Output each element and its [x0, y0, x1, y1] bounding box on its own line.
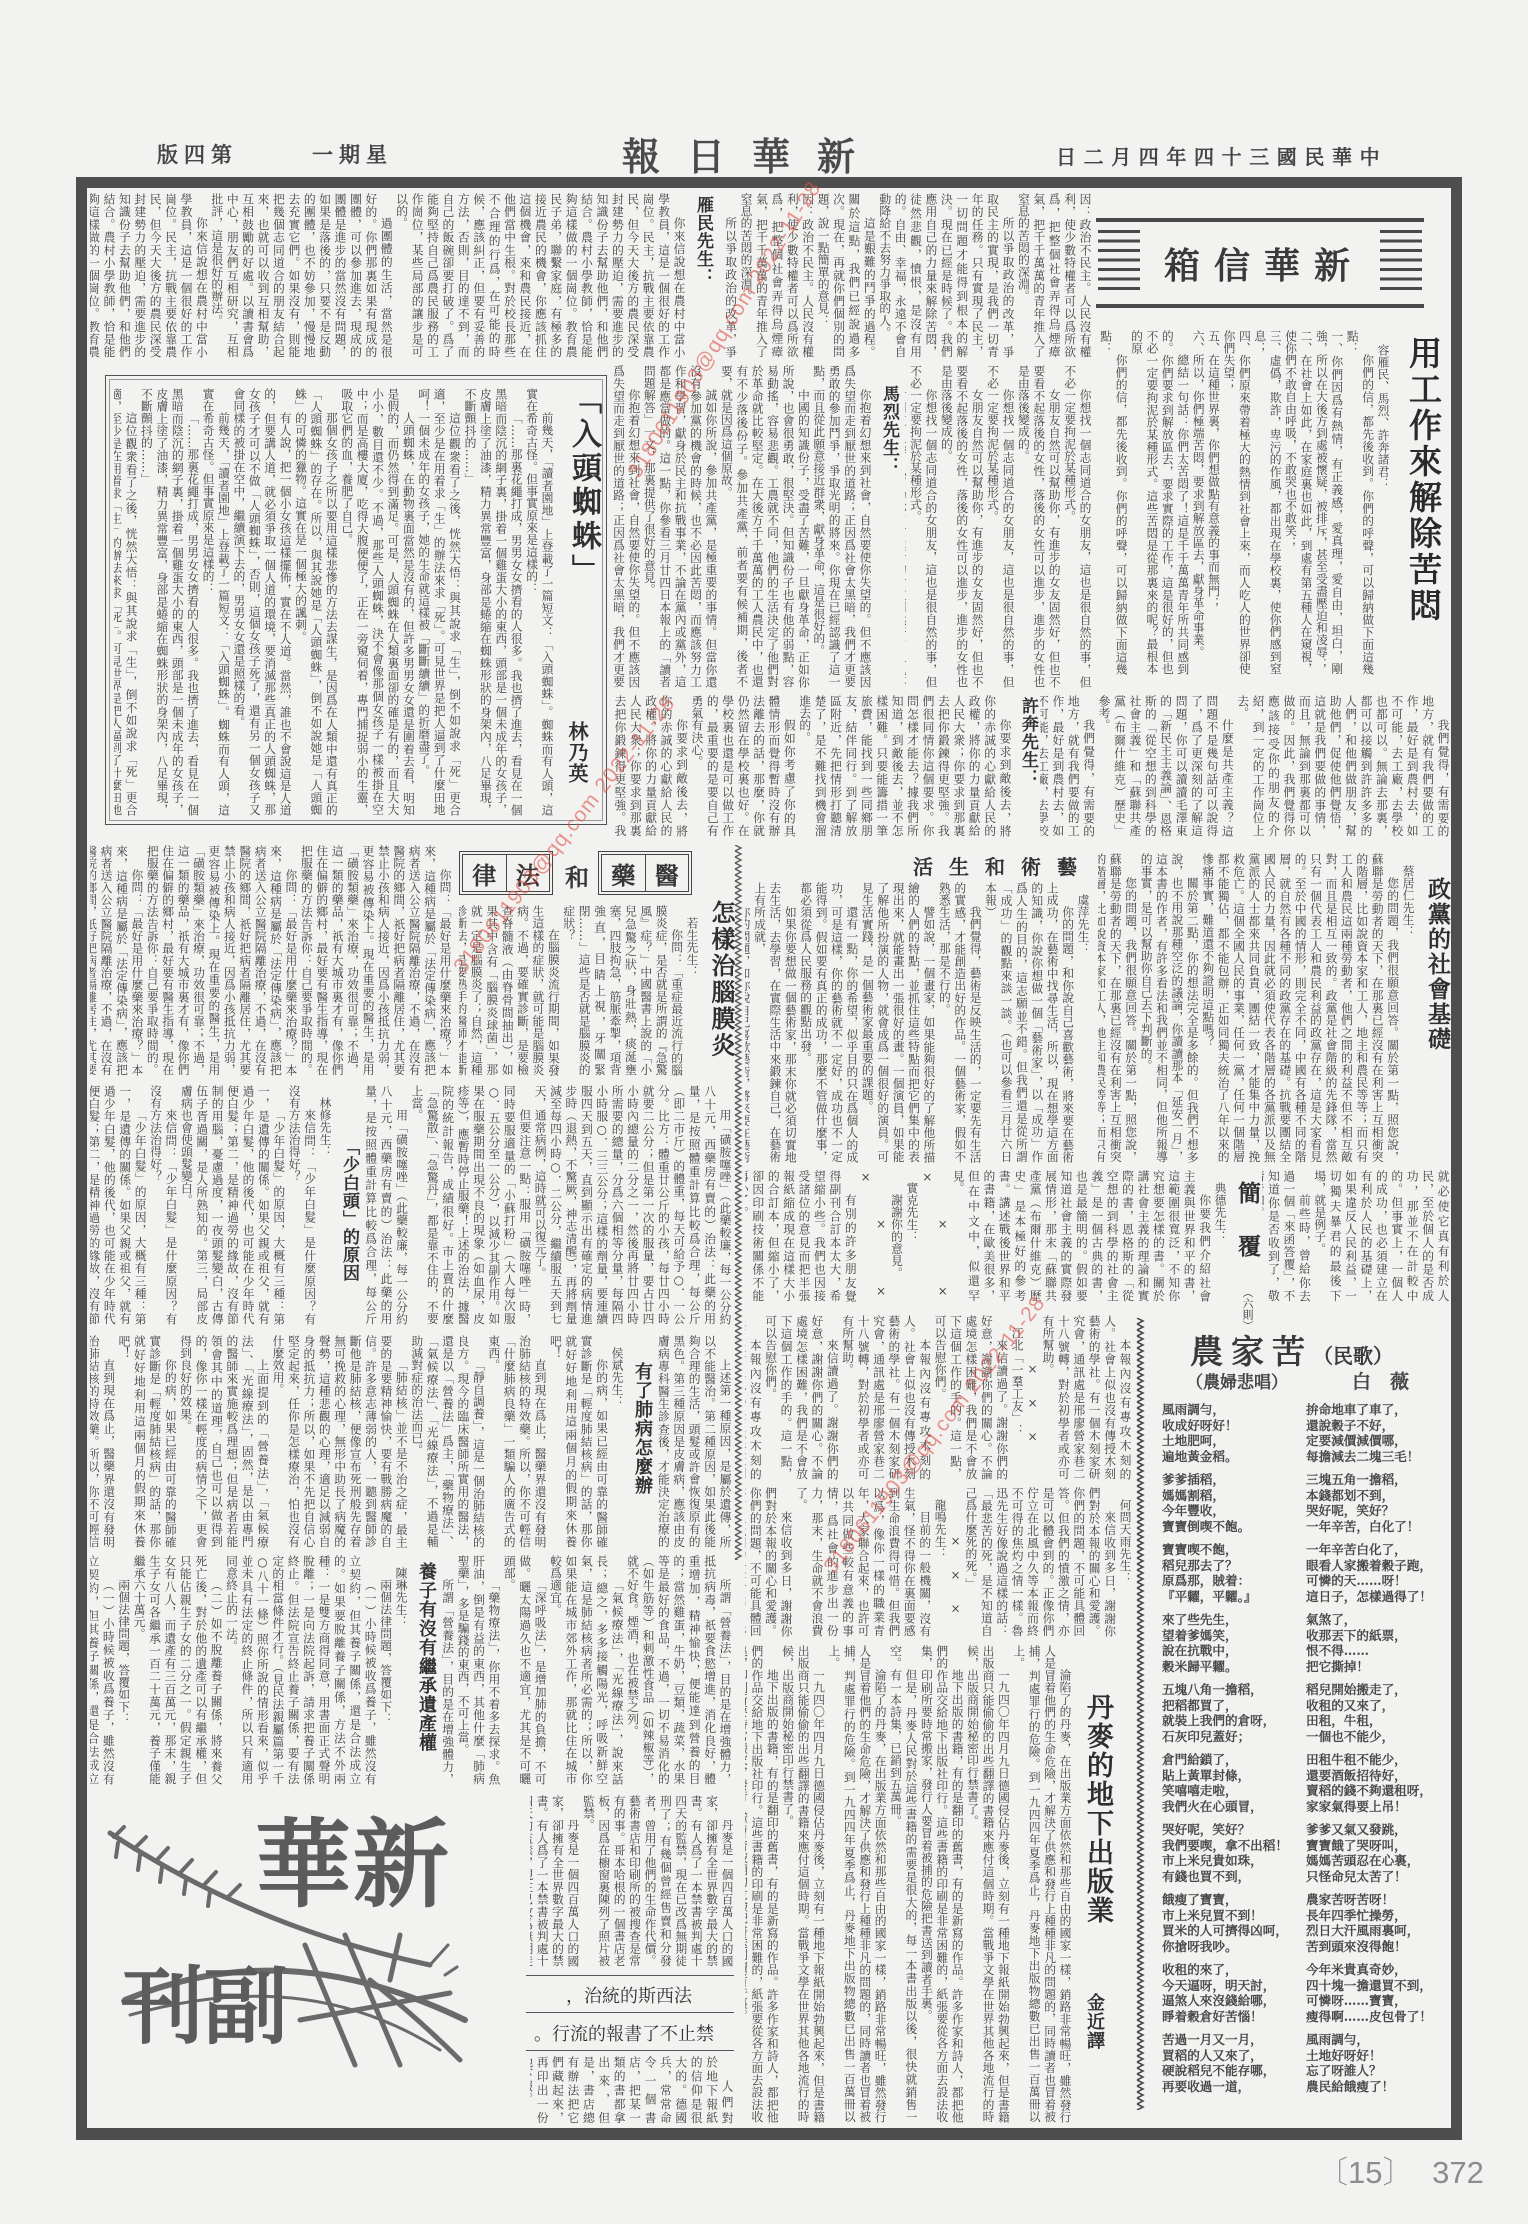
- reply-text: 來信收到多日，謝謝你們對於本報的關心和愛護。你們的問題，不可能具體回答。但我們的…: [963, 1487, 1117, 1637]
- paragraph: 我們覺得，藝術是反映生活的，一定要先有生活的實感，才能創造出好的作品。一個藝術家…: [936, 882, 982, 1163]
- filler-text: 所謂「營養法」，目的是在增強體力，抵抗病毒，祇要食慾增進，消化良好，體重增加，精…: [442, 1555, 455, 1785]
- filler-text: 來信讀過了。謝謝你們的好意，謝謝你們的關心。不論處境怎樣困難，我們是不會放下這個…: [762, 1315, 839, 1480]
- mailbox-point: 五、在這種世界裏，你們想做點有意義的事而無門；: [1205, 330, 1220, 675]
- mailbox-general-advice: 我們覺得，有需要的地方，就有我們要做的工作，最好是到農村去，如不可能，去工廠，去…: [1040, 695, 1450, 837]
- decorative-lines-left: [1098, 230, 1140, 296]
- stanza: 拚命地車了車了， 還說穀子不好， 定要減價減價哪， 每擔減去二塊三毛！: [1306, 1402, 1456, 1464]
- denmark-subhead-2: 禁止不了書報的流行。: [534, 2020, 714, 2046]
- paragraph: 你問：「最好是用什麼藥來治療？」本來，這種病是屬於「法定傳染病」，應該把病者送入…: [298, 845, 452, 1076]
- brief-replies-part2: 本報內沒有專攻木刻的人。社會上似也沒有傳授木刻藝術的學社。有一個木刻家研究會，通…: [745, 1315, 1132, 1480]
- reply-to: 龍鳴先生：: [932, 1487, 947, 1637]
- page-number: 372: [1432, 2155, 1484, 2190]
- reply-heading-malie: 馬烈先生：: [877, 385, 902, 475]
- reply-text: 有別的許多朋友覺得副刊合訂本太大，希望縮小些。我們也因接受諸位的意見而把半張報紙…: [745, 1170, 857, 1302]
- title-char: 和: [565, 858, 589, 893]
- page-footer: 〔15〕 372: [1317, 2147, 1484, 2192]
- filler-text: 你來信說想在農村中當小學教員，這是一個很好的工作崗位。民主，抗戰主要依靠農民，但…: [90, 193, 208, 358]
- salutation: 若生先生：: [684, 905, 699, 1076]
- spider-essay-headline: 「入頭蜘蛛」: [561, 384, 605, 588]
- supplement-logo-line2: 副刊: [120, 1965, 288, 2049]
- paragraph: 什麼是共產主義？這問題不是幾句話可以說得了，爲了更深刻的了解這問題，你可以讀讀毛…: [1096, 695, 1235, 837]
- stanza: 寶寶喫不飽， 稻兒那去了？ 原爲那，賊着： 『平糶，平糶。』: [1162, 1542, 1312, 1604]
- filler-text: 「……那裏花繩打成，男男女女擠看的人很多。我也擠了進去，看見在一個黑暗而陰沉的網…: [138, 388, 200, 816]
- stanza: 風雨調勻， 收成好呀好！ 土地肥呵， 遍地黃金稻。: [1162, 1402, 1312, 1464]
- paragraph: 假如你考慮了你的具體情形而覺得暫時沒有辦法離去的話，那麼，你就仍然留在學校裏也好…: [688, 695, 796, 837]
- paragraph: 那個女孩子之所以要用這樣悲慘的方法去謀生，是因爲在人類中還有真正的「人頭蜘蛛」的…: [292, 388, 338, 816]
- paragraph: 直到現在爲止，醫藥界還沒有發明治肺結核的特效藥。所以，你不可輕信「什麼肺病良藥」…: [485, 1335, 547, 1548]
- paragraph: 有人說，把一個小女孩這樣擺佈，實在不人道。當然，誰也不會說這是人道的，但要講人道…: [230, 388, 292, 816]
- party-basis-headline: 政黨的社會基礎: [1421, 877, 1454, 1052]
- filler-text: 來信收到多日，謝謝你們對於本報的關心和愛護。你們的問題，不可能具體回答。但我們的…: [745, 1487, 793, 1637]
- art-and-life-body: 虞萍先生： 你的問題，和你說自己喜歡藝術，將來要在藝術上成功，在藝術中找尋生活，…: [745, 882, 1090, 1163]
- weekday-label: 星期一: [312, 139, 393, 169]
- mailbox-headline: 用工作來解除苦悶: [1400, 336, 1447, 624]
- meningitis-body-3: 用「磺胺噻唑」（此藥較廉，每一公分約八十元，西藥房有賣的）治法：此藥的用量，是按…: [366, 1085, 732, 1325]
- filler-text: 一九四〇年四月九日德國侵佔丹麥後，立刻有一種地下報紙開始勃興起來，但是書籍出版商…: [779, 1645, 825, 2123]
- volume-reference: 〔15〕: [1317, 2155, 1413, 2190]
- paragraph: 譬如說，一個畫家，如果能夠很好的了解他所描繪的人們的特點，並抓住這些特點而把它們…: [859, 882, 936, 1163]
- poem-right-column: 拚命地車了車了， 還說穀子不好， 定要減價減價哪， 每擔減去二塊三毛！ 三塊五角…: [1306, 1402, 1456, 2102]
- filler-text: 直到現在爲止，醫藥界還沒有發明治肺結核的特效藥。所以，你不可輕信「什麼肺病良藥」…: [90, 1335, 116, 1548]
- reply-yanmin-part1: 你來信說想在農村中當小學教員，這是一個很好的工作崗位。民主，抗戰主要依靠農民，但…: [90, 193, 686, 358]
- reply-heading-yanmin: 雁民先生：: [691, 196, 716, 286]
- filler-text: 兩個法律問題，答覆如下：: [115, 1555, 130, 1785]
- poem-author: 白薇: [1352, 1367, 1428, 1394]
- salutation: 蔡居仁先生：: [1400, 853, 1415, 1163]
- paragraph: 還有一點，你的希望，似乎目的只在爲個人的成功，可是這樣，你的藝術就不一定好，成功…: [797, 882, 859, 1163]
- paragraph: 如果你要想做一個藝術家，那末你就必須切實地去生活，去學習，在實際生活中來鍛鍊自己…: [751, 882, 797, 1163]
- top-rule: [76, 177, 1462, 188]
- mailbox-intro: 你們的信，都先後收到。你們的呼聲，可以歸納做下面這幾點：: [1344, 330, 1375, 675]
- supplement-logo-line1: 新華: [255, 1817, 451, 1913]
- filler-text: 女朋友自然可以幫助你，有進步的女友固然好，但也不要看不起落後的女性，落後的女性可…: [938, 365, 984, 688]
- paragraph: 用「磺胺噻唑」（此藥較廉，每一公分約八十元，西藥房有賣的）治法：此藥的用量，是按…: [532, 1085, 732, 1325]
- paragraph: 所以爭取政治的改革，爭取民主的實現，是我們一切青年的任務。只有實現了民主，一切問…: [876, 193, 1015, 358]
- denmark-subhead-1: 法西斯的統治，: [566, 1982, 692, 2008]
- paragraph: 「……那裏花繩打成，男男女女擠看的人很多。我也擠了進去，看見在一個黑暗而陰沉的網…: [462, 388, 524, 816]
- bottom-rule: [76, 2128, 1462, 2140]
- paragraph: 因：政治不民主。人民沒有權利，使少數特權者可以爲所欲爲，把整個社會弄得烏煙瘴氣，…: [1015, 193, 1092, 358]
- paragraph: 但是，丹麥人民對於這些書籍的需要是很大的，每一本書出版以後，很快就銷售一空。有一…: [887, 1645, 918, 2123]
- paragraph: 人頭蜘蛛，在動物裏面當然是沒有的，但許多男男女女還是圍着去看，明知是假的，而仍然…: [338, 388, 415, 816]
- reply-to: 實克先生：: [903, 1170, 918, 1302]
- denmark-subheads: 法西斯的統治， 禁止不了書報的流行。: [526, 1975, 734, 2051]
- paragraph: （二）如不脫離養子關係，將來養父死亡後，對於他的遺產可以有繼承權，但只能佔親生子…: [131, 1555, 223, 1785]
- paragraph: 你要求到敵後去，將你的赤誠的心獻給人民的政權，將你的力量貢獻給人民大衆；你要求到…: [796, 695, 1012, 837]
- paragraph: 你想找一個志同道合的女朋友，這也是很自然的事，但不必一定要拘泥於某種形式。: [1061, 365, 1092, 688]
- title-char: 藥: [602, 855, 645, 891]
- salutation: 虞萍先生：: [1075, 882, 1090, 1163]
- medicine-box: 藥 醫: [598, 851, 692, 895]
- paragraph: 所謂「營養法」，目的是在增強體力，抵抗病毒，祇要食慾增進，消化良好，體重增加，精…: [624, 1555, 732, 1785]
- reply-text: 本報內沒有專攻木刻的人。社會上似也沒有傳授木刻藝術的學社。有一個木刻家研究會，通…: [1040, 1315, 1132, 1480]
- separator: × × ×: [947, 1487, 962, 1637]
- reply-to: 典德先生：: [1212, 1170, 1227, 1302]
- stanza: 收租的來了， 今天逼呀，明天討， 逼煞人來沒錢給哪， 睜着穀倉好苦惱！: [1162, 1962, 1312, 2024]
- filler-text: 這位觀衆看了之後，恍然大悟：與其說求「生」，倒不如說求「死」更合適，至少是在用着…: [114, 388, 138, 816]
- stanza: 爹爹插稻， 媽媽割稻， 今年豐收， 寶寶倒喫不飽。: [1162, 1472, 1312, 1534]
- filler-text: 你想找一個志同道合的女朋友，這也是很自然的事，但不必一定要拘泥於某種形式。: [907, 365, 938, 688]
- paragraph: 前幾天，「讀者園地」上登載了一篇短文：「入頭蜘蛛」。蜘蛛而有人頭，這實在希奇古怪…: [523, 388, 554, 816]
- paragraph: 我們覺得，有需要的地方，就有我們要做的工作，最好是到農村去，如不可能，去工廠，去…: [1234, 695, 1450, 837]
- title-char: 律: [463, 855, 506, 891]
- paragraph: 一九四〇年四月九日德國侵佔丹麥後，立刻有一種地下報紙開始勃興起來，但是書籍出版商…: [964, 1645, 1010, 2123]
- tuberculosis-headline: 有了肺病怎麼辦: [629, 1362, 655, 1495]
- paragraph: 兩個法律問題，答覆如下：: [377, 1555, 392, 1785]
- title-char: 醫: [645, 855, 689, 891]
- paragraph: 你的問題，和你說自己喜歡藝術，將來要在藝術上成功，在藝術中找尋生活，所以，現在想…: [982, 882, 1074, 1163]
- stanza: 餓瘦了寶寶， 市上米兒買不到！ 買米的人可擠得凶呵， 你搶呀我吵。: [1162, 1892, 1312, 1954]
- reply-malie: 你抱着幻想來到社會，自然要使你失望的。但不應該因爲失望而走到厭世的道路；正因爲社…: [612, 365, 872, 688]
- adoption-headline: 養子有沒有繼承遺產權: [413, 1562, 439, 1752]
- mailbox-salutation: 容雁民、馬烈、許奔諸君：: [1375, 330, 1390, 675]
- paragraph: 過團體的生活，當然是很好的。你們那裏如果有現成的團體，可以參加進去，現成的團體是…: [208, 193, 393, 358]
- mailbox-column-header: 新華信箱: [1096, 218, 1424, 308]
- art-and-life-headline: 藝術和生活: [913, 851, 1093, 880]
- paragraph: 地下出版的書籍，有的是翻印的舊書，有的是新寫的作品。許多作家和詩人，都把他們的作…: [918, 1645, 964, 2123]
- salutation: 陳琳先生：: [393, 1555, 408, 1785]
- adoption-body: 陳琳先生： 兩個法律問題，答覆如下： （一）小時候被收爲養子，雖然沒有立契約，但…: [90, 1555, 408, 1785]
- denmark-headline: 丹麥的地下出版業: [1078, 1693, 1117, 1925]
- filler-text: 你的病，如果已經由可靠的醫師確實診斷是「輕度肺結核病」的話，那你就好好地利用這兩…: [116, 1335, 178, 1548]
- paragraph: 你抱着幻想來到社會，自然要使你失望的。但不應該因爲失望而走到厭世的道路；正因爲社…: [810, 365, 872, 688]
- filler-text: 用「磺胺噻唑」（此藥較廉，每一公分約八十元，西藥房有賣的）治法：此藥的用量，是按…: [366, 1085, 408, 1325]
- tuberculosis-body-1: 侯斌先生： 你的病，如果已經由可靠的醫師確實診斷是「輕度肺結核病」的話，那你就好…: [90, 1335, 624, 1548]
- filler-text: 地下出版的書籍，有的是翻印的舊書，有的是新寫的作品。許多作家和詩人，都把他們的作…: [745, 1645, 779, 2123]
- issue-date: 中華民國三十四年四月二日: [1056, 141, 1387, 170]
- filler-text: 前幾天，「讀者園地」上登載了一篇短文：「入頭蜘蛛」。蜘蛛而有人頭，這實在希奇古怪…: [200, 388, 231, 816]
- mailbox-point: 一、你們因爲有熱情，有正義感，愛真理，愛自由，坦白，剛強，所以在大後方到處被懷疑…: [1313, 330, 1344, 675]
- paragraph: 「藥物療法」，你用不着多去探求。魚肝油，倒是有益的東西，其他什麼「肺病聖藥」，多…: [455, 1555, 501, 1785]
- filler-text: 你想找一個志同道合的女朋友，這也是很自然的事，但不必一定要拘泥於某種形式。: [984, 365, 1015, 688]
- filler-text: 本報內沒有專攻木刻的人。社會上似也沒有傳授木刻藝術的學社。有一個木刻家研究會，通…: [745, 1315, 762, 1480]
- filler-text: 女朋友自然可以幫助你，有進步的女友固然好，但也不要看不起落後的女性，落後的女性可…: [905, 365, 907, 688]
- filler-text: 您的問題，我們很願意回答。關於第一點，照您說，蘇聯是勞動者的天下，在那裏已經沒有…: [1098, 853, 1138, 1163]
- paragraph: 女朋友自然可以幫助你，有進步的女友固然好，但也不要看不起落後的女性，落後的女性可…: [1015, 365, 1061, 688]
- stanza: 三塊五角一擔稻， 本錢都划不到， 哭好呢，笑好？ 一年辛苦，白化了！: [1306, 1472, 1456, 1534]
- meningitis-body-2: 你問：「最好是用什麼藥來治療？」本來，這種病是屬於「法定傳染病」，應該把病者送入…: [90, 845, 452, 1076]
- separator: × × ×: [857, 1170, 888, 1302]
- paragraph: 你問：「重症最近流行的腦膜炎症，是否就是所謂的『急驚風』症？」中國醫書上說的「小…: [560, 905, 683, 1076]
- brief-replies-part1: 典德先生： 你要我們介紹社會主義與世界和平的書，這範圍很寬泛，不知你究想要怎樣的…: [745, 1170, 1227, 1302]
- paragraph: 「肺結核」並不是不治之症，最主要的是要精神愉快，要有戰勝病魔的自信。許多意志薄弱…: [270, 1335, 409, 1548]
- denmark-body: 淪陷了的丹麥，在出版業方面依然和那些自由的國家一樣，銷路非常暢旺，雖然發行人是冒…: [745, 1645, 1072, 2123]
- left-border: [76, 177, 87, 2140]
- filler-text: 你的問題，和你說自己喜歡藝術，將來要在藝術上成功，在藝術中找尋生活，所以，現在想…: [745, 882, 751, 1163]
- paragraph: 您的問題，我們很願意回答。關於第一點，照您說，蘇聯是勞動者的天下，在那裏已經沒有…: [1199, 853, 1399, 1163]
- paragraph: 關於第二點，你的想法完全是多餘的。但我們不想多說，也不用說那種空泛的議論，你讀讀…: [1138, 853, 1200, 1163]
- reply-heading-xuben: 許奔先生：: [1016, 697, 1041, 787]
- paragraph: 前些時，曾給你去過一個「來函答覆」，不知道你是否收到了，敬請告知。: [1262, 1170, 1311, 1302]
- paragraph: （一）小時候被收爲養子，雖然沒有立契約，但其養子關係，還是合法成立的。如果要脫離…: [223, 1555, 377, 1785]
- paragraph: 丹麥是一個四百萬人口的國家，卻擁有全世界數字最大的禁書。有人爲了一本禁書被判處十…: [580, 1795, 734, 1967]
- poem-subtitle: （農婦悲唱）: [1186, 1368, 1288, 1393]
- mailbox-point: 二、在社會上如此，在家庭裏也如此，到處有第五種人在窺視，使你們不敢自由呼吸，不敢…: [1282, 330, 1313, 675]
- decorative-lines-right: [1380, 230, 1422, 296]
- mailbox-summary: 總結一句話：你們太苦悶了！這是千千萬萬青年所共同感到的。你們要求到解放區去，要求…: [1128, 330, 1190, 675]
- stanza: 哭好呢，笑好？ 我們要喫，拿不出稻！ 市上米兒貴如珠， 有錢也買不到，: [1162, 1822, 1312, 1884]
- mailbox-point: 三、虛僞，欺詐，卑污的作風，都出現在學校裏，使你們感到窒息；: [1251, 330, 1282, 675]
- filler-text: 丹麥是一個四百萬人口的國家，卻擁有全世界數字最大的禁書。有人爲了一本禁書被判處十…: [530, 1795, 580, 1967]
- paragraph: 你的病，如果已經由可靠的醫師確實診斷是「輕度肺結核病」的話，那你就好好地利用這兩…: [547, 1335, 609, 1548]
- spider-essay-body: 前幾天，「讀者園地」上登載了一篇短文：「入頭蜘蛛」。蜘蛛而有人頭，這實在希奇古怪…: [114, 388, 554, 816]
- paragraph: 中國的知識份子，受盡了苦難，一旦獻身革命，正如你所說，也會很勇敢，很堅決。但知識…: [718, 365, 810, 688]
- paragraph: 這是艱難的鬥爭的過程。關於這點，我們已經說過多次。現在，再就你們個別的問題，說一…: [815, 193, 877, 358]
- separator: × × ×: [919, 1170, 950, 1302]
- stanza: 來了些先生， 望着爹媽笑， 說在抗戰中， 穀米歸平糶。: [1162, 1612, 1312, 1674]
- subhead-divider: [526, 2012, 734, 2013]
- filler-text: 你抱着幻想來到社會，自然要使你失望的。但不應該因爲失望而走到厭世的道路；正因爲社…: [612, 365, 641, 688]
- stanza: 風雨調勻， 土地好呀好！ 忘了呀誰人？ 農民給餓瘦了！: [1306, 2032, 1456, 2094]
- stanza: 農家苦呀苦呀！ 長年四季忙操勞， 烈日大汗風雨裏呵， 苦到頭來沒得飽！: [1306, 1892, 1456, 1954]
- poem-title-text: 農家苦: [1190, 1332, 1313, 1371]
- mailbox-column-title: 新華信箱: [1164, 238, 1364, 289]
- stanza: 苦過一月又一月， 買稻的人又來了， 硬說稻兒不能存哪， 再要收過一道，: [1162, 2032, 1312, 2094]
- paragraph: 「靜自調養」，這是一個治肺結核的良方。現今的臨床醫師所實用的醫法，還是以「營養法…: [408, 1335, 485, 1548]
- spider-essay-author: 林乃英: [563, 721, 592, 784]
- mailbox-causes: 因：政治不民主。人民沒有權利，使少數特權者可以爲所欲爲，把整個社會弄得烏煙瘴氣，…: [724, 193, 1092, 358]
- brief-replies-headline: 簡覆（六則）: [1231, 1181, 1264, 1331]
- reply-to: 何問天雨先生：: [1117, 1487, 1132, 1637]
- paragraph: 「氣候療法」，「光線療法」，說來話長；總之，多多接觸陽光，呼吸新鮮空氣，這是肺結…: [547, 1555, 624, 1785]
- paragraph: 「少年白髮」的原因，大概有三種：第一，是遺傳的關係。如果父親或祖父，就有過少年白…: [178, 1085, 286, 1325]
- masthead-title: 新華日報: [622, 126, 882, 181]
- edition-label: 第四版: [157, 139, 238, 169]
- paragraph: 就必使它真有利於人民，至於個人的是否成功，那並不在計較中的。但事實上，一個人的成…: [1311, 1170, 1450, 1302]
- party-basis-body: 蔡居仁先生： 您的問題，我們很願意回答。關於第一點，照您說，蘇聯是勞動者的天下，…: [1098, 853, 1415, 1163]
- stanza: 稻兒開始搬走了， 收租的又來了， 田租，牛租， 一個也不能少，: [1306, 1682, 1456, 1744]
- brief-replies-part3: 何問天雨先生： 來信收到多日，謝謝你們對於本報的關心和愛護。你們的問題，不可能具…: [745, 1487, 1132, 1637]
- poem-title: 農家苦（民歌）: [1190, 1326, 1393, 1373]
- filler-text: （一）小時候被收爲養子，雖然沒有立契約，但其養子關係，還是合法成立的。如果要脫離…: [90, 1555, 115, 1785]
- paragraph: 「深呼吸法」，是增加肺的負擔，不可做。曬太陽過久也不適宜，尤其是不可曬頭部。: [501, 1555, 547, 1785]
- filler-text: 「少年白髮」的原因，大概有三種：第一，是遺傳的關係。如果父親或祖父，就有過少年白…: [90, 1085, 147, 1325]
- filler-text: 你問：「最好是用什麼藥來治療？」本來，這種病是屬於「法定傳染病」，應該把病者送入…: [90, 845, 144, 1076]
- brief-replies-count: （六則）: [1241, 1287, 1254, 1331]
- stanza: 今年米貴真奇妙， 四十塊一擔還買不到， 可憐呀……寶寶， 瘦得啊……皮包骨了！: [1306, 1962, 1456, 2024]
- paragraph: 這位觀衆看了之後，恍然大悟：與其說求「生」，倒不如說求「死」更合適，至少是在用着…: [415, 388, 461, 816]
- denmark-body-continued: 丹麥是一個四百萬人口的國家，卻擁有全世界數字最大的禁書。有人爲了一本禁書被判處十…: [530, 1795, 734, 1967]
- reply-yanmin-part2: 你想找一個志同道合的女朋友，這也是很自然的事，但不必一定要拘泥於某種形式。 女朋…: [905, 365, 1092, 688]
- stanza: 氣煞了， 收那丟下的紙票， 恨不得…… 把它撕掉！: [1306, 1612, 1456, 1674]
- mailbox-intro-points: 容雁民、馬烈、許奔諸君： 你們的信，都先後收到。你們的呼聲，可以歸納做下面這幾點…: [1098, 330, 1390, 675]
- poem-genre: （民歌）: [1313, 1344, 1393, 1368]
- denmark-translator: 金近譯: [1081, 1993, 1107, 2050]
- mailbox-point: 四、你們原來帶着極大的熱情到社會上來，而人吃人的世界卻使你們失望；: [1221, 330, 1252, 675]
- stanza: 田租牛租不能少， 還要酒飯招待好， 賣稻的錢不夠還租呀， 家家氣得要上吊！: [1306, 1752, 1456, 1814]
- art-and-life-closing: 就必使它真有利於人民，至於個人的是否成功，那並不在計較中的。但事實上，一個人的成…: [1262, 1170, 1450, 1302]
- paragraph: 你來信說想在農村中當小學教員，這是一個很好的工作崗位。民主，抗戰主要依靠農民，但…: [393, 193, 686, 358]
- supplement-logo: 新華 副刊: [100, 1815, 480, 2075]
- tuberculosis-body-2: 所謂「營養法」，目的是在增強體力，抵抗病毒，祇要食慾增進，消化良好，體重增加，精…: [442, 1555, 732, 1785]
- filler-text: 來信問：「少年白髮」是什麼原因？有沒有方法治得好？: [147, 1085, 178, 1325]
- poem-divider: [1135, 1318, 1145, 2110]
- paragraph: 淪陷了的丹麥，在出版業方面依然和那些自由的國家一樣，銷路非常暢旺，雖然發行人是冒…: [1010, 1645, 1072, 2123]
- stanza: 爹爹又氣又發跳， 寶寶餓了哭呀叫， 媽媽苦頭忍在心裏， 只怪命兒太苦了！: [1306, 1822, 1456, 1884]
- medicine-law-column-header: 律 法 和 藥 醫: [459, 851, 693, 895]
- salutation: 林修先生：: [317, 1085, 332, 1325]
- stanza: 一年辛苦白化了， 眼看人家搬着穀子跑， 可憐的天……呀！ 這日子，怎樣過得了！: [1306, 1542, 1456, 1604]
- paragraph: 來信問：「少年白髮」是什麼原因？有沒有方法治得好？: [286, 1085, 317, 1325]
- poem-left-column: 風雨調勻， 收成好呀好！ 土地肥呵， 遍地黃金稻。 爹爹插稻， 媽媽割稻， 今年…: [1162, 1402, 1312, 2102]
- paragraph: 上述第一種原因，是屬於遺傳，所以不能醫治。第二種原因，如果此後能夠合理的生活，頭…: [656, 1335, 732, 1548]
- mailbox-point: 六、所以，你們極端苦悶，要求到解放區去，獻身革命事業。: [1190, 330, 1205, 675]
- reply-text: 你要我們介紹社會主義與世界和平的書，這範圍很寬泛，不知你究想要怎樣的書。關於講社…: [950, 1170, 1212, 1302]
- filler-text: 淪陷了的丹麥，在出版業方面依然和那些自由的國家一樣，銷路非常暢旺，雖然發行人是冒…: [826, 1645, 888, 2123]
- stanza: 五塊八角一擔稻， 把稻都買了， 就裝上我們的倉呀， 石灰印兒蓋好；: [1162, 1682, 1312, 1744]
- brief-replies-title: 簡覆: [1234, 1181, 1261, 1287]
- paragraph: 上面提到的「營養法」，「氣候療法」、「光線療法」，固然，是以由專門的醫師來實施較…: [177, 1335, 269, 1548]
- filler-text: 我們覺得，有需要的地方，就有我們要做的工作，最好是到農村去，如不可能，去工廠，去…: [1040, 695, 1096, 837]
- paragraph: 人們對於地下報紙的信仰是很大的。德國兵，常常命令一個書店，把某一類的書都拿出來，…: [530, 2056, 734, 2124]
- stanza: 倉門給鎖了， 貼上黃單封條， 笑嘻嘻走啦， 我們火在心頭冒，: [1162, 1752, 1312, 1814]
- early-grey-headline: 「少白頭」的原因: [337, 1138, 362, 1282]
- reply-text: 謝謝你的意見。: [888, 1170, 903, 1302]
- separator: × × ×: [1024, 1315, 1039, 1480]
- early-grey-body: 林修先生： 來信問：「少年白髮」是什麼原因？有沒有方法治得好？ 「少年白髮」的原…: [90, 1085, 332, 1325]
- filler-text: 你們的信，都先後收到。你們的呼聲，可以歸納做下面這幾點：: [1098, 330, 1128, 675]
- denmark-body-end: 人們對於地下報紙的信仰是很大的。德國兵，常常命令一個書店，把某一類的書都拿出來，…: [530, 2056, 734, 2124]
- meningitis-headline: 怎樣治腦膜炎: [704, 900, 739, 1059]
- filler-text: 你問：「最好是用什麼藥來治療？」本來，這種病是屬於「法定傳染病」，應該把病者送入…: [144, 845, 298, 1076]
- early-grey-body-end: 上述第一種原因，是屬於遺傳，所以不能醫治。第二種原因，如果此後能夠合理的生活，頭…: [656, 1335, 732, 1548]
- salutation: 侯斌先生：: [609, 1335, 624, 1548]
- paragraph: 但要注意一點：服用「磺胺噻唑」時，同時要服適量的「小蘇打粉」（大人每次服○．五公…: [408, 1085, 531, 1325]
